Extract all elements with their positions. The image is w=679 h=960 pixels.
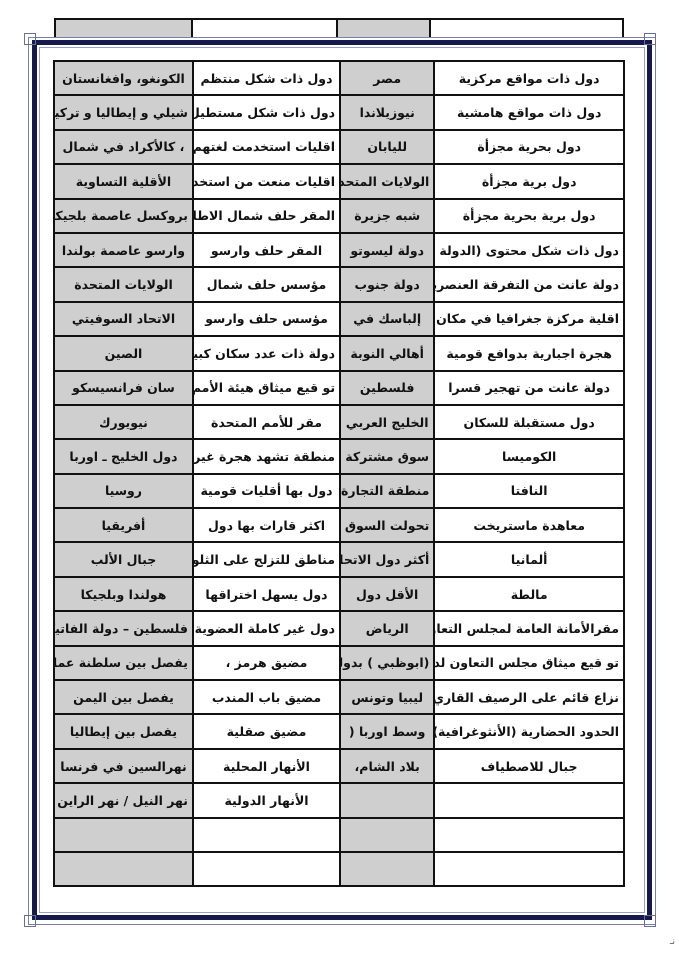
term-cell: الأنهار المحلية (193, 749, 340, 783)
example-cell: الأقلية التساوية (54, 164, 193, 198)
table-row: دولة عانت من التفرقة العنصريةدولة جنوبمؤ… (54, 267, 624, 301)
example-cell: بلاد الشام، (340, 749, 434, 783)
example-cell: يفصل بين سلطنة عمان (54, 646, 193, 680)
term-cell: مضيق باب المندب (193, 680, 340, 714)
example-cell: يفصل بين اليمن (54, 680, 193, 714)
example-cell: دولة جنوب (340, 267, 434, 301)
table-row: دول مستقبلة للسكانالخليج العربيمقر للأمم… (54, 405, 624, 439)
example-cell: فلسطين (340, 371, 434, 405)
example-cell: أهالي النوبة (340, 336, 434, 370)
table-row: دول برية مجزأةالولايات المتحدةاقليات منع… (54, 164, 624, 198)
example-cell: أكثر دول الاتحاد (340, 542, 434, 576)
example-cell (340, 852, 434, 886)
border-corner-ornament (24, 33, 36, 45)
table-row: دول ذات مواقع مركزيةمصردول ذات شكل منتظم… (54, 61, 624, 95)
term-cell: معاهدة ماستريخت (434, 508, 624, 542)
term-cell (434, 818, 624, 852)
example-cell: لليابان (340, 130, 434, 164)
table-row: الكوميساسوق مشتركةمنطقة تشهد هجرة غيردول… (54, 439, 624, 473)
example-cell: نيوزيلاندا (340, 95, 434, 129)
example-cell: شيلي و إيطاليا و تركيا (54, 95, 193, 129)
example-cell (340, 783, 434, 817)
example-cell: سوق مشتركة (340, 439, 434, 473)
term-cell: تو قيع ميثاق مجلس التعاون لدول (434, 646, 624, 680)
term-cell: النافتا (434, 474, 624, 508)
example-cell: فلسطين – دولة الفاتيكان (54, 611, 193, 645)
example-cell: هولندا وبلجيكا (54, 577, 193, 611)
strip-cell (56, 20, 193, 38)
term-cell: اكثر قارات بها دول (193, 508, 340, 542)
term-cell: اقليات استخدمت لغتهم (193, 130, 340, 164)
example-cell: شبه جزيرة (340, 199, 434, 233)
term-cell: تو قيع ميثاق هيئة الأمم (193, 371, 340, 405)
table-row: جبال للاصطيافبلاد الشام،الأنهار المحليةن… (54, 749, 624, 783)
term-cell: دول مستقبلة للسكان (434, 405, 624, 439)
term-cell: دولة عانت من التفرقة العنصرية (434, 267, 624, 301)
term-cell: المقر حلف وارسو (193, 233, 340, 267)
table-row: الأنهار الدوليةنهر النيل / نهر الراين (54, 783, 624, 817)
example-cell: الولايات المتحدة (340, 164, 434, 198)
example-cell: دولة ليسوتو (340, 233, 434, 267)
example-cell (340, 818, 434, 852)
term-cell: دول ذات مواقع هامشية (434, 95, 624, 129)
term-cell: مؤسس حلف شمال (193, 267, 340, 301)
table-row: دول بحرية مجزأةللياباناقليات استخدمت لغت… (54, 130, 624, 164)
term-cell (434, 852, 624, 886)
term-cell (193, 818, 340, 852)
term-cell: دول ذات شكل منتظم (193, 61, 340, 95)
table-row (54, 818, 624, 852)
term-cell: مقر للأمم المتحدة (193, 405, 340, 439)
term-cell: دولة ذات عدد سكان كبير (193, 336, 340, 370)
previous-page-table-edge (54, 18, 624, 38)
example-cell: بروكسل عاصمة بلجيكا (54, 199, 193, 233)
table-row: دول ذات مواقع هامشيةنيوزيلاندادول ذات شك… (54, 95, 624, 129)
table-row: اقلية مركزة جغرافيا في مكان ماإلباسك فيم… (54, 302, 624, 336)
term-cell: مضيق صقلية (193, 714, 340, 748)
example-cell: الاتحاد السوفيتي (54, 302, 193, 336)
table-row: دولة عانت من تهجير قسرافلسطينتو قيع ميثا… (54, 371, 624, 405)
table-row: دول ذات شكل محتوى (الدولةدولة ليسوتوالمق… (54, 233, 624, 267)
example-cell: نهرالسين في فرنسا (54, 749, 193, 783)
table-row: مالطةالأقل دولدول يسهل اختراقهاهولندا وب… (54, 577, 624, 611)
term-cell: دول يسهل اختراقها (193, 577, 340, 611)
example-cell (54, 818, 193, 852)
strip-cell (193, 20, 338, 38)
table-row (54, 852, 624, 886)
example-cell: منطقة التجارة (340, 474, 434, 508)
example-cell: تحولت السوق (340, 508, 434, 542)
example-cell: إلباسك في (340, 302, 434, 336)
term-cell: مقرالأمانة العامة لمجلس التعاون (434, 611, 624, 645)
border-corner-ornament (644, 33, 656, 45)
example-cell: ، كالأكراد في شمال (54, 130, 193, 164)
strip-cell (338, 20, 431, 38)
term-cell: هجرة اجبارية بدوافع قومية (434, 336, 624, 370)
term-cell: جبال للاصطياف (434, 749, 624, 783)
example-cell: نهر النيل / نهر الراين (54, 783, 193, 817)
term-cell: الكوميسا (434, 439, 624, 473)
table-row: الحدود الحضارية (الأنثوغرافية)وسط اوربا … (54, 714, 624, 748)
example-cell: يفصل بين إيطاليا (54, 714, 193, 748)
border-corner-ornament (24, 915, 36, 927)
term-cell: دول غير كاملة العضوية (193, 611, 340, 645)
example-cell: الرياض (340, 611, 434, 645)
example-cell: جبال الألب (54, 542, 193, 576)
border-corner-ornament (644, 915, 656, 927)
table-row: نزاع قائم على الرصيف القاريليبيا وتونسمض… (54, 680, 624, 714)
term-cell: الأنهار الدولية (193, 783, 340, 817)
term-cell: ألمانيا (434, 542, 624, 576)
table-row: معاهدة ماستريختتحولت السوقاكثر قارات بها… (54, 508, 624, 542)
example-cell: الأقل دول (340, 577, 434, 611)
term-cell (193, 852, 340, 886)
example-cell: روسيا (54, 474, 193, 508)
table-row: تو قيع ميثاق مجلس التعاون لدول(ابوظبي ) … (54, 646, 624, 680)
example-cell: أفريقيا (54, 508, 193, 542)
term-cell: مناطق للتزلج على الثلوج (193, 542, 340, 576)
table-row: هجرة اجبارية بدوافع قوميةأهالي النوبةدول… (54, 336, 624, 370)
page-corner-mark: نـ (670, 937, 675, 947)
term-cell: دول بها أقليات قومية (193, 474, 340, 508)
term-cell: اقلية مركزة جغرافيا في مكان ما (434, 302, 624, 336)
term-cell: دول برية مجزأة (434, 164, 624, 198)
example-cell: ليبيا وتونس (340, 680, 434, 714)
example-cell: الولايات المتحدة (54, 267, 193, 301)
example-cell: الكونغو، وافغانستان (54, 61, 193, 95)
term-cell (434, 783, 624, 817)
table-row: ألمانياأكثر دول الاتحادمناطق للتزلج على … (54, 542, 624, 576)
example-cell: الخليج العربي (340, 405, 434, 439)
table-body: دول ذات مواقع مركزيةمصردول ذات شكل منتظم… (54, 61, 624, 886)
example-cell: نيويورك (54, 405, 193, 439)
example-cell: دول الخليج ـ اوربا (54, 439, 193, 473)
term-cell: مؤسس حلف وارسو (193, 302, 340, 336)
example-cell: مصر (340, 61, 434, 95)
example-cell: وسط اوربا ( (340, 714, 434, 748)
term-cell: اقليات منعت من استخدام (193, 164, 340, 198)
term-cell: دول بحرية مجزأة (434, 130, 624, 164)
term-cell: مالطة (434, 577, 624, 611)
term-cell: المقر حلف شمال الاطلسي (193, 199, 340, 233)
table-row: دول برية بحرية مجزأةشبه جزيرةالمقر حلف ش… (54, 199, 624, 233)
term-cell: منطقة تشهد هجرة غير (193, 439, 340, 473)
term-cell: دولة عانت من تهجير قسرا (434, 371, 624, 405)
term-cell: نزاع قائم على الرصيف القاري (434, 680, 624, 714)
term-cell: دول ذات شكل محتوى (الدولة (434, 233, 624, 267)
example-cell: (ابوظبي ) بدولة (340, 646, 434, 680)
example-cell: الصين (54, 336, 193, 370)
term-cell: دول ذات مواقع مركزية (434, 61, 624, 95)
term-cell: الحدود الحضارية (الأنثوغرافية) (434, 714, 624, 748)
term-cell: مضيق هرمز ، (193, 646, 340, 680)
example-cell (54, 852, 193, 886)
table-row: النافتامنطقة التجارةدول بها أقليات قومية… (54, 474, 624, 508)
example-cell: سان فرانسيسكو (54, 371, 193, 405)
term-cell: دول برية بحرية مجزأة (434, 199, 624, 233)
term-cell: دول ذات شكل مستطيل (193, 95, 340, 129)
example-cell: وارسو عاصمة بولندا (54, 233, 193, 267)
table-row: مقرالأمانة العامة لمجلس التعاونالرياضدول… (54, 611, 624, 645)
revision-table: دول ذات مواقع مركزيةمصردول ذات شكل منتظم… (53, 60, 625, 887)
strip-cell (431, 20, 622, 38)
